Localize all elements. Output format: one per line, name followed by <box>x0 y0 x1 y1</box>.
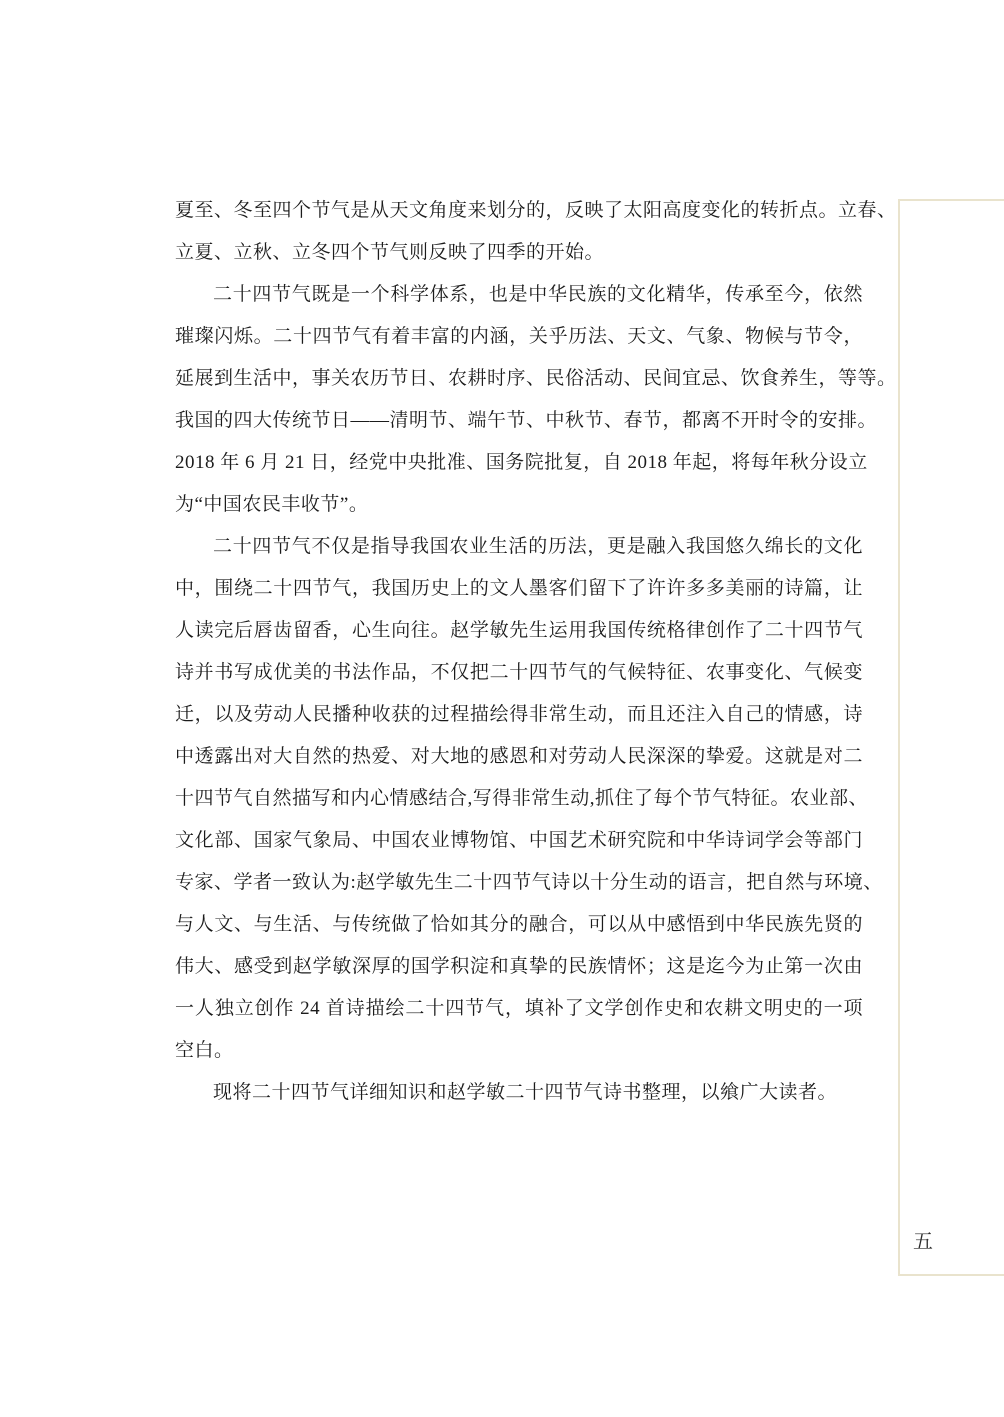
text-line: 十四节气自然描写和内心情感结合,写得非常生动,抓住了每个节气特征。农业部、 <box>175 778 863 820</box>
text-line: 与人文、与生活、与传统做了恰如其分的融合，可以从中感悟到中华民族先贤的 <box>175 904 863 946</box>
text-line: 专家、学者一致认为:赵学敏先生二十四节气诗以十分生动的语言，把自然与环境、 <box>175 862 863 904</box>
text-line: 二十四节气既是一个科学体系，也是中华民族的文化精华，传承至今，依然 <box>175 274 863 316</box>
text-line: 现将二十四节气详细知识和赵学敏二十四节气诗书整理，以飨广大读者。 <box>175 1072 863 1114</box>
text-line: 为“中国农民丰收节”。 <box>175 484 863 526</box>
text-line: 迁，以及劳动人民播种收获的过程描绘得非常生动，而且还注入自己的情感，诗 <box>175 694 863 736</box>
margin-border-box <box>898 199 1004 1276</box>
text-line: 璀璨闪烁。二十四节气有着丰富的内涵，关乎历法、天文、气象、物候与节令， <box>175 316 863 358</box>
text-line: 立夏、立秋、立冬四个节气则反映了四季的开始。 <box>175 232 863 274</box>
text-line: 中透露出对大自然的热爱、对大地的感恩和对劳动人民深深的挚爱。这就是对二 <box>175 736 863 778</box>
text-line: 我国的四大传统节日——清明节、端午节、中秋节、春节，都离不开时令的安排。 <box>175 400 863 442</box>
text-line: 一人独立创作 24 首诗描绘二十四节气，填补了文学创作史和农耕文明史的一项 <box>175 988 863 1030</box>
text-line: 诗并书写成优美的书法作品，不仅把二十四节气的气候特征、农事变化、气候变 <box>175 652 863 694</box>
document-page: 夏至、冬至四个节气是从天文角度来划分的，反映了太阳高度变化的转折点。立春、立夏、… <box>0 0 1004 1417</box>
text-line: 夏至、冬至四个节气是从天文角度来划分的，反映了太阳高度变化的转折点。立春、 <box>175 190 863 232</box>
text-line: 二十四节气不仅是指导我国农业生活的历法，更是融入我国悠久绵长的文化 <box>175 526 863 568</box>
text-line: 中，围绕二十四节气，我国历史上的文人墨客们留下了许许多多美丽的诗篇，让 <box>175 568 863 610</box>
page-number: 五 <box>913 1225 933 1254</box>
text-line: 伟大、感受到赵学敏深厚的国学积淀和真挚的民族情怀；这是迄今为止第一次由 <box>175 946 863 988</box>
text-line: 空白。 <box>175 1030 863 1072</box>
body-text: 夏至、冬至四个节气是从天文角度来划分的，反映了太阳高度变化的转折点。立春、立夏、… <box>175 190 863 1114</box>
text-line: 2018 年 6 月 21 日，经党中央批准、国务院批复，自 2018 年起，将… <box>175 442 863 484</box>
text-line: 延展到生活中，事关农历节日、农耕时序、民俗活动、民间宜忌、饮食养生，等等。 <box>175 358 863 400</box>
text-line: 文化部、国家气象局、中国农业博物馆、中国艺术研究院和中华诗词学会等部门 <box>175 820 863 862</box>
text-line: 人读完后唇齿留香，心生向往。赵学敏先生运用我国传统格律创作了二十四节气 <box>175 610 863 652</box>
